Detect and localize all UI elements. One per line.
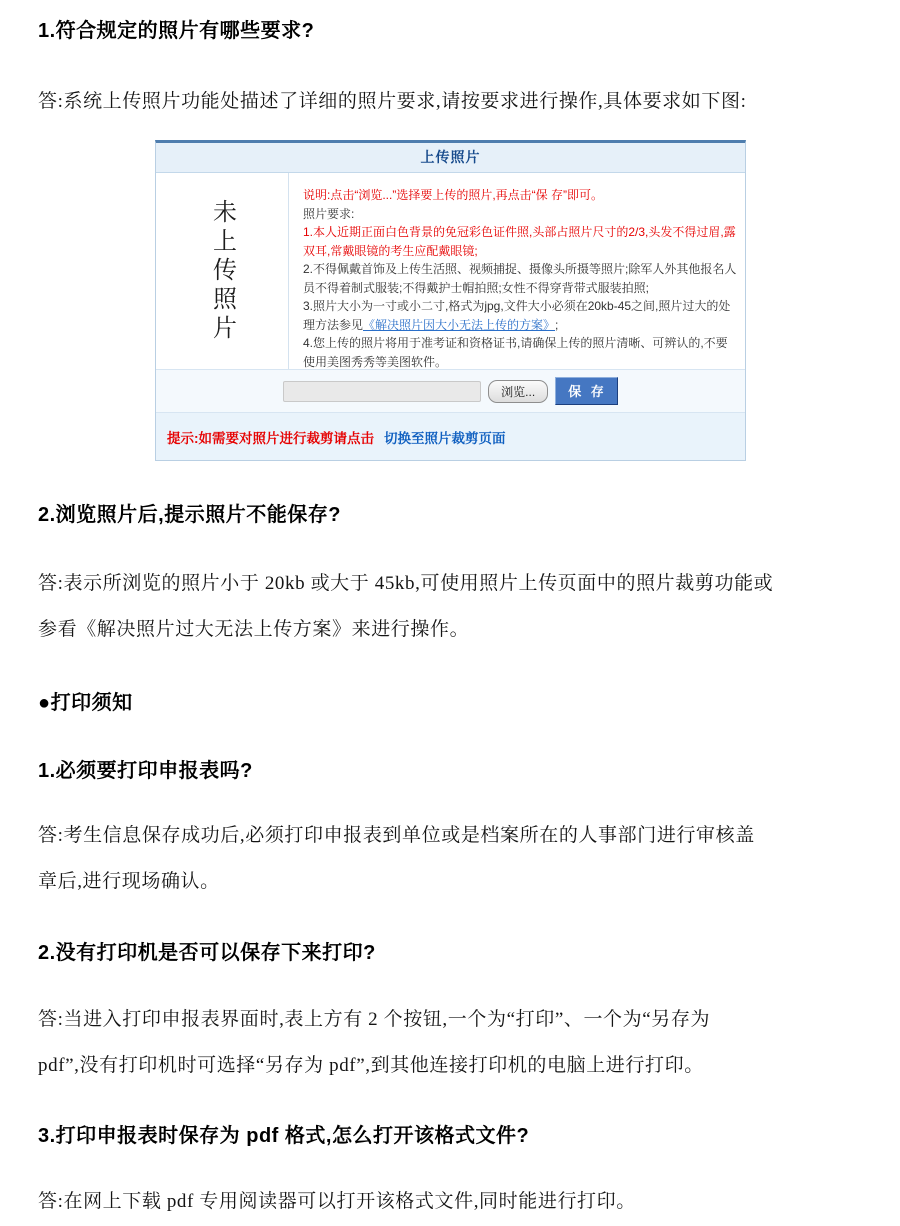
panel-body: 未上传照片 说明:点击“浏览...”选择要上传的照片,再点击“保 存”即可。 照… xyxy=(156,173,745,369)
photo-requirements: 说明:点击“浏览...”选择要上传的照片,再点击“保 存”即可。 照片要求: 1… xyxy=(289,173,745,369)
requirement-1: 1.本人近期正面白色背景的免冠彩色证件照,头部占照片尺寸的2/3,头发不得过眉,… xyxy=(303,223,737,260)
print-q3-heading: 3.打印申报表时保存为 pdf 格式,怎么打开该格式文件? xyxy=(38,1119,529,1148)
q1-heading: 1.符合规定的照片有哪些要求? xyxy=(38,14,314,43)
panel-title: 上传照片 xyxy=(156,143,745,173)
upload-controls-row: 浏览... 保 存 xyxy=(156,369,745,412)
requirement-3-tail: ; xyxy=(555,318,558,332)
q2-heading: 2.浏览照片后,提示照片不能保存? xyxy=(38,498,341,527)
faq-document-page: 1.符合规定的照片有哪些要求? 答:系统上传照片功能处描述了详细的照片要求,请按… xyxy=(0,0,900,1226)
upload-photo-panel: 上传照片 未上传照片 说明:点击“浏览...”选择要上传的照片,再点击“保 存”… xyxy=(155,140,746,461)
print-q1-answer-line2: 章后,进行现场确认。 xyxy=(38,866,220,893)
requirement-4: 4.您上传的照片将用于准考证和资格证书,请确保上传的照片清晰、可辨认的,不要使用… xyxy=(303,334,737,371)
size-solution-link[interactable]: 《解决照片因大小无法上传的方案》 xyxy=(363,318,555,332)
print-q1-heading: 1.必须要打印申报表吗? xyxy=(38,754,253,783)
q1-answer: 答:系统上传照片功能处描述了详细的照片要求,请按要求进行操作,具体要求如下图: xyxy=(38,86,746,113)
q2-answer-line1: 答:表示所浏览的照片小于 20kb 或大于 45kb,可使用照片上传页面中的照片… xyxy=(38,568,773,595)
print-q2-answer-line1: 答:当进入打印申报表界面时,表上方有 2 个按钮,一个为“打印”、一个为“另存为 xyxy=(38,1004,710,1031)
not-uploaded-label: 未上传照片 xyxy=(205,199,240,344)
crop-hint-row: 提示:如需要对照片进行裁剪请点击 切换至照片裁剪页面 xyxy=(156,412,745,460)
q2-answer-line2: 参看《解决照片过大无法上传方案》来进行操作。 xyxy=(38,614,469,641)
crop-page-link[interactable]: 切换至照片裁剪页面 xyxy=(384,427,506,447)
print-q2-heading: 2.没有打印机是否可以保存下来打印? xyxy=(38,936,376,965)
photo-placeholder-box: 未上传照片 xyxy=(156,173,289,369)
file-path-input[interactable] xyxy=(283,381,481,402)
instruction-text: 说明:点击“浏览...”选择要上传的照片,再点击“保 存”即可。 xyxy=(303,186,737,205)
save-button[interactable]: 保 存 xyxy=(555,377,618,405)
requirement-3: 3.照片大小为一寸或小二寸,格式为jpg,文件大小必须在20kb-45之间,照片… xyxy=(303,297,737,334)
print-q1-answer-line1: 答:考生信息保存成功后,必须打印申报表到单位或是档案所在的人事部门进行审核盖 xyxy=(38,820,755,847)
crop-hint-text: 提示:如需要对照片进行裁剪请点击 xyxy=(167,427,374,447)
print-q3-answer: 答:在网上下载 pdf 专用阅读器可以打开该格式文件,同时能进行打印。 xyxy=(38,1186,636,1213)
requirements-label: 照片要求: xyxy=(303,205,737,224)
browse-button[interactable]: 浏览... xyxy=(488,380,548,403)
print-section-heading: ●打印须知 xyxy=(38,686,133,715)
requirement-2: 2.不得佩戴首饰及上传生活照、视频捕捉、摄像头所摄等照片;除军人外其他报名人员不… xyxy=(303,260,737,297)
print-q2-answer-line2: pdf”,没有打印机时可选择“另存为 pdf”,到其他连接打印机的电脑上进行打印… xyxy=(38,1050,704,1077)
